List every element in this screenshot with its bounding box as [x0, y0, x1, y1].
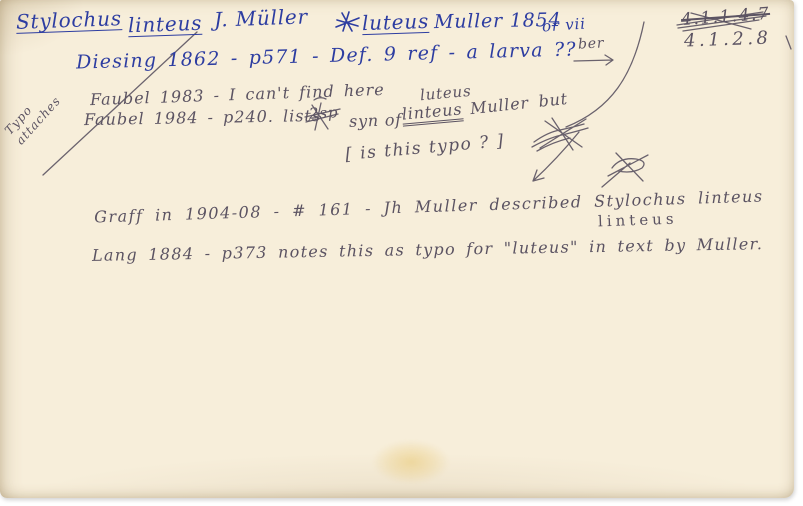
ber-annotation: ber [578, 36, 605, 51]
title-trailing-note: or vii [542, 16, 587, 34]
paper-stain [372, 440, 450, 484]
scribble-small-crossed [602, 153, 648, 187]
index-card: Stylochus linteus J. Müller luteus Mulle… [0, 0, 794, 498]
catalog-number-new: 4.1.2.8 [684, 29, 772, 50]
entry-faubel-1984-crossed: 2sp [309, 105, 339, 122]
entry-diesing: Diesing 1862 - p571 - Def. 9 ref - a lar… [76, 40, 577, 72]
margin-note-rotated: Typo attaches [2, 84, 64, 148]
arrow-down-left [533, 132, 579, 181]
graff-clarification: linteus [598, 212, 678, 230]
entry-faubel-1983: Faubel 1983 - I can't find here [90, 82, 385, 108]
species-name: linteus [128, 13, 203, 38]
bracket-note: [ is this typo ? ] [345, 133, 506, 164]
alt-species-name: luteus [362, 11, 430, 35]
entry-faubel-1984-suffix: Muller but [469, 91, 568, 117]
stray-tick [786, 36, 791, 49]
genus-name: Stylochus [16, 8, 123, 34]
scribble-title-word [336, 12, 359, 31]
entry-faubel-1984-mid: syn of [349, 112, 403, 130]
entry-faubel-1984-prefix: Faubel 1984 - p240. lists [84, 108, 321, 128]
arrow-right [574, 55, 613, 65]
scribble-crossed-word [532, 118, 588, 151]
entry-faubel-1984-species: linteus [401, 101, 463, 126]
author-name: J. Müller [214, 6, 309, 29]
catalog-number-old: 4.1.1.4.7 [681, 6, 771, 29]
entry-lang: Lang 1884 - p373 notes this as typo for … [92, 236, 763, 264]
